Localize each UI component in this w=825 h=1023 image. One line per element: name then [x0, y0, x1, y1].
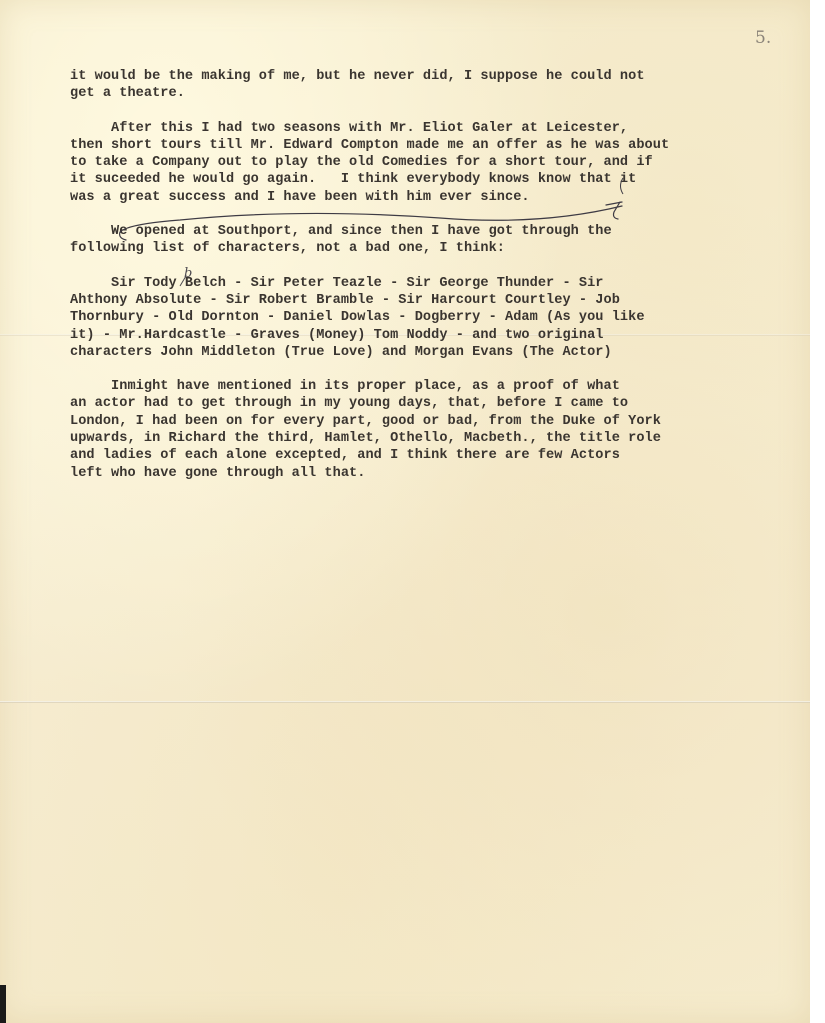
scan-edge-shadow: [0, 985, 6, 1023]
handwritten-correction-b: b: [184, 266, 192, 281]
paper-fold-line: [0, 701, 810, 703]
text-line: Inmight have mentioned in its proper pla…: [70, 378, 790, 395]
paragraph-3: We opened at Southport, and since then I…: [70, 223, 790, 258]
handwritten-page-number: 5.: [755, 28, 771, 48]
text-line: London, I had been on for every part, go…: [70, 413, 790, 430]
text-line: characters John Middleton (True Love) an…: [70, 344, 790, 361]
document-body: it would be the making of me, but he nev…: [70, 68, 790, 482]
text-line: Ahthony Absolute - Sir Robert Bramble - …: [70, 292, 790, 309]
text-line: After this I had two seasons with Mr. El…: [70, 120, 790, 137]
paragraph-5: Inmight have mentioned in its proper pla…: [70, 378, 790, 482]
text-line: was a great success and I have been with…: [70, 189, 790, 206]
text-line: to take a Company out to play the old Co…: [70, 154, 790, 171]
text-line: upwards, in Richard the third, Hamlet, O…: [70, 430, 790, 447]
text-line: Thornbury - Old Dornton - Daniel Dowlas …: [70, 309, 790, 326]
paragraph-2: After this I had two seasons with Mr. El…: [70, 120, 790, 206]
text-line: Sir Tody Belch - Sir Peter Teazle - Sir …: [70, 275, 790, 292]
paragraph-4-character-list: Sir Tody Belch - Sir Peter Teazle - Sir …: [70, 275, 790, 361]
text-line: following list of characters, not a bad …: [70, 240, 790, 257]
text-line: it) - Mr.Hardcastle - Graves (Money) Tom…: [70, 327, 790, 344]
text-line: We opened at Southport, and since then I…: [70, 223, 790, 240]
text-line: then short tours till Mr. Edward Compton…: [70, 137, 790, 154]
text-line: left who have gone through all that.: [70, 465, 790, 482]
paragraph-1: it would be the making of me, but he nev…: [70, 68, 790, 103]
text-line: and ladies of each alone excepted, and I…: [70, 447, 790, 464]
text-line: get a theatre.: [70, 85, 790, 102]
text-line: it suceeded he would go again. I think e…: [70, 171, 790, 188]
text-line: it would be the making of me, but he nev…: [70, 68, 790, 85]
text-line: an actor had to get through in my young …: [70, 395, 790, 412]
